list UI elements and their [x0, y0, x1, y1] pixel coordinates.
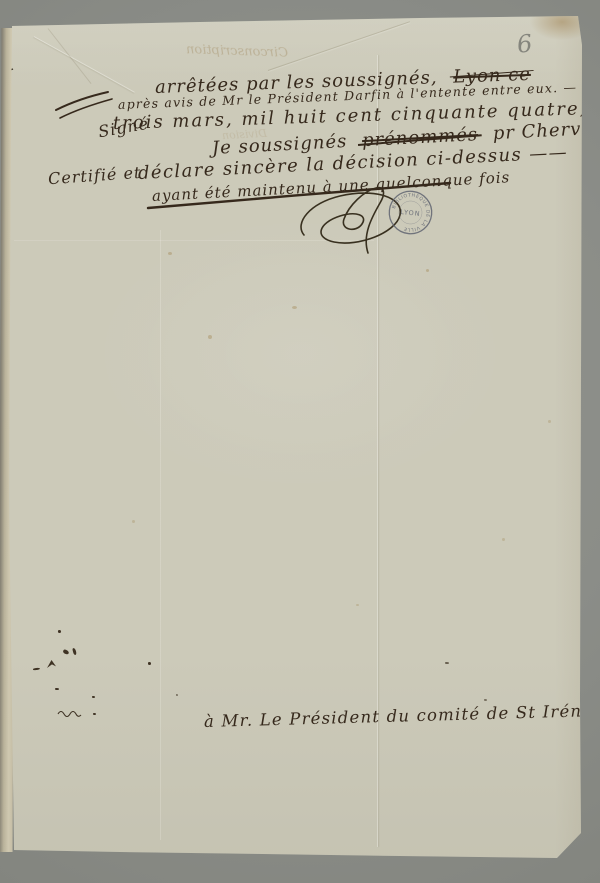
ink-speck [484, 699, 487, 701]
foxing-spot [132, 520, 135, 523]
bleedthrough-text-top: Circonscription [186, 42, 288, 61]
insertion-mark-stroke-1 [56, 92, 108, 110]
stamp-center-text: LYON [400, 208, 421, 218]
line3-after-text: pr Chervei [492, 118, 600, 145]
ink-speck [445, 662, 449, 664]
foxing-spot [292, 306, 297, 309]
library-stamp: BIBLIOTHEQUE DE LA VILLE LYON [385, 187, 437, 239]
foxing-spot [426, 269, 429, 272]
corner-crease-1 [268, 21, 410, 71]
ink-speck [55, 688, 59, 690]
ink-speck [58, 630, 61, 633]
ink-speck [72, 648, 77, 656]
ink-speck [176, 694, 178, 696]
ink-speck [62, 649, 69, 655]
manuscript-paper: Circonscription Division 6 arrêtées par … [0, 0, 600, 883]
foxing-spot [502, 538, 505, 541]
fold-crease-vertical [377, 55, 378, 847]
ink-speck [93, 713, 96, 715]
foxing-spot [356, 604, 359, 606]
margin-note-signe: Signé [97, 114, 151, 142]
fold-crease-vertical-faint [160, 230, 161, 840]
corner-crease-3 [48, 28, 92, 84]
ink-blot-triangle [47, 660, 56, 668]
ink-speck [92, 696, 95, 698]
folio-number-pencil: 6 [515, 29, 534, 59]
ink-speck [33, 668, 40, 671]
insertion-mark-stroke-2 [60, 99, 112, 118]
margin-note-certifie: Certifié et [47, 163, 142, 188]
foxing-spot [168, 252, 172, 255]
ink-speck [148, 662, 151, 665]
corner-crease-2 [34, 36, 135, 93]
footer-address-line: à Mr. Le Président du comité de St Iréné… [204, 701, 600, 731]
foxing-spot [548, 420, 551, 423]
foxing-spot [208, 335, 212, 339]
scanned-page: Circonscription Division 6 arrêtées par … [0, 0, 600, 883]
margin-scribble [58, 712, 81, 717]
